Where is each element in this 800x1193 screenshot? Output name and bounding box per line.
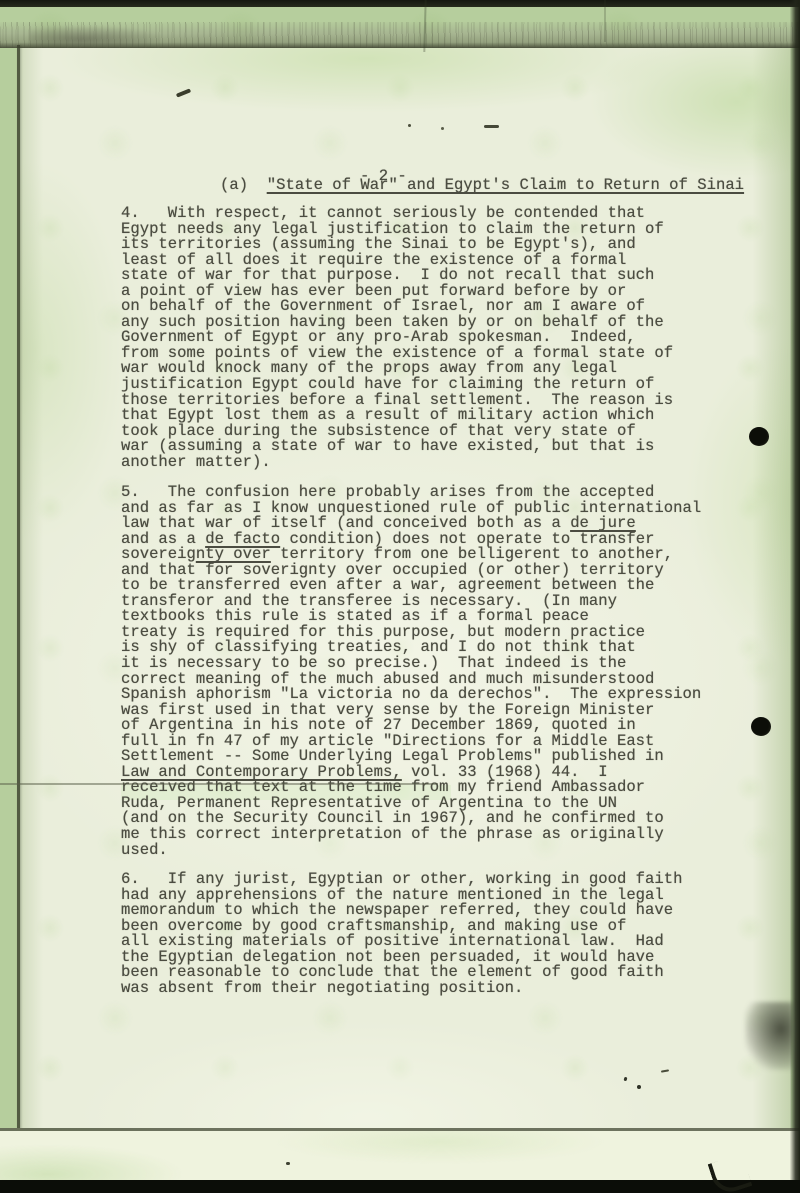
scan-fold-line	[0, 783, 438, 785]
text-line: used.	[121, 843, 701, 859]
scan-scratch-line	[604, 0, 606, 42]
paragraph-4: 4. With respect, it cannot seriously be …	[121, 206, 673, 470]
section-heading: (a) "State of War" and Egypt's Claim to …	[220, 176, 744, 194]
document-page: - 2 - (a) "State of War" and Egypt's Cla…	[20, 48, 791, 1128]
ink-speck	[441, 127, 444, 130]
heading-prefix: (a)	[220, 176, 267, 194]
typewritten-text-layer: - 2 - (a) "State of War" and Egypt's Cla…	[20, 48, 791, 1128]
punch-hole-bottom	[751, 717, 771, 736]
ink-speck	[286, 1162, 290, 1165]
ink-speck	[408, 124, 411, 127]
paragraph-6: 6. If any jurist, Egyptian or other, wor…	[121, 872, 682, 996]
backing-sheet	[0, 1128, 800, 1185]
stray-dash-mark	[484, 125, 499, 128]
text-line: was absent from their negotiating positi…	[121, 981, 682, 997]
scan-shadow-blob	[745, 1002, 793, 1070]
scan-smudge-patch	[30, 26, 160, 48]
scanned-document-screen: - 2 - (a) "State of War" and Egypt's Cla…	[0, 0, 800, 1193]
paragraph-5: 5. The confusion here probably arises fr…	[121, 485, 701, 858]
text-line: another matter).	[121, 455, 673, 471]
ink-speck	[637, 1085, 641, 1089]
text-line: me this correct interpretation of the ph…	[121, 827, 701, 843]
scan-bottom-black-edge	[0, 1180, 800, 1193]
punch-hole-top	[749, 427, 769, 446]
heading-title: "State of War" and Egypt's Claim to Retu…	[267, 176, 744, 194]
scan-top-black-edge	[0, 0, 800, 7]
